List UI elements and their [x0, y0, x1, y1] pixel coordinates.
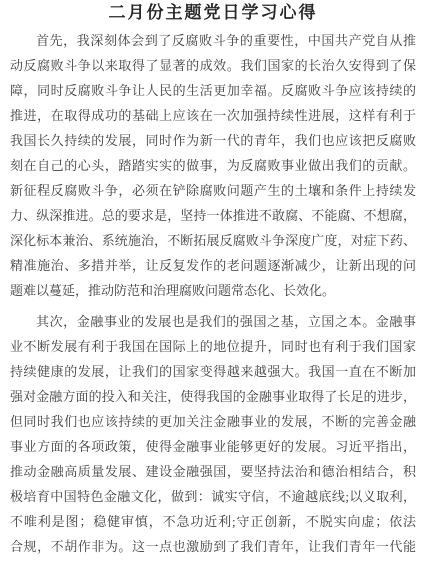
text-line: 业不断发展有利于我国在国际上的地位提升，同时也有利于我们国家 [10, 334, 416, 359]
text-line: 极培育中国特色金融文化，做到：诚实守信，不逾越底线;以义取利， [10, 484, 416, 509]
text-line: 深化标本兼治、系统施治，不断拓展反腐败斗争深度广度，对症下药、 [10, 228, 416, 253]
paragraph: 其次，金融事业的发展也是我们的强国之基，立国之本。金融事业不断发展有利于我国在国… [10, 309, 416, 559]
text-line: 题难以蔓延，推动防范和治理腐败问题常态化、长效化。 [10, 278, 416, 303]
text-line: 但同时我们也应该持续的更加关注金融事业的发展，不断的完善金融 [10, 409, 416, 434]
text-line: 我国长久持续的发展，同时作为新一代的青年，我们也应该把反腐败 [10, 128, 416, 153]
text-line: 推进，在取得成功的基础上应该在一次加强持续性进展，这样有利于 [10, 103, 416, 128]
text-line: 力、纵深推进。总的要求是，坚持一体推进不敢腐、不能腐、不想腐， [10, 203, 416, 228]
text-line: 推动金融高质量发展、建设金融强国，要坚持法治和德治相结合，积 [10, 459, 416, 484]
document-page: 二月份主题党日学习心得 首先，我深刻体会到了反腐败斗争的重要性，中国共产党自从推… [0, 0, 426, 567]
paragraph: 首先，我深刻体会到了反腐败斗争的重要性，中国共产党自从推动反腐败斗争以来取得了显… [10, 28, 416, 303]
text-line: 新征程反腐败斗争，必须在铲除腐败问题产生的土壤和条件上持续发 [10, 178, 416, 203]
text-line: 合规，不胡作非为。这一点也激励到了我们青年，让我们青年一代能 [10, 534, 416, 559]
text-line: 精准施治、多措并举，让反复发作的老问题逐渐减少，让新出现的问 [10, 253, 416, 278]
text-line: 不唯利是图；稳健审慎，不急功近利;守正创新，不脱实向虚；依法 [10, 509, 416, 534]
text-line: 其次，金融事业的发展也是我们的强国之基，立国之本。金融事 [10, 309, 416, 334]
text-line: 事业方面的各项政策，使得金融事业能够更好的发展。习近平指出， [10, 434, 416, 459]
text-line: 刻在自己的心头，踏踏实实的做事，为反腐败事业做出我们的贡献。 [10, 153, 416, 178]
document-body: 首先，我深刻体会到了反腐败斗争的重要性，中国共产党自从推动反腐败斗争以来取得了显… [10, 28, 416, 559]
text-line: 首先，我深刻体会到了反腐败斗争的重要性，中国共产党自从推 [10, 28, 416, 53]
text-line: 障，同时反腐败斗争让人民的生活更加幸福。反腐败斗争应该持续的 [10, 78, 416, 103]
text-line: 强对金融方面的投入和关注，使得我国的金融事业取得了长足的进步， [10, 384, 416, 409]
text-line: 持续健康的发展，让我们的国家变得越来越强大。我国一直在不断加 [10, 359, 416, 384]
page-title: 二月份主题党日学习心得 [10, 2, 416, 24]
text-line: 动反腐败斗争以来取得了显著的成效。我们国家的长治久安得到了保 [10, 53, 416, 78]
